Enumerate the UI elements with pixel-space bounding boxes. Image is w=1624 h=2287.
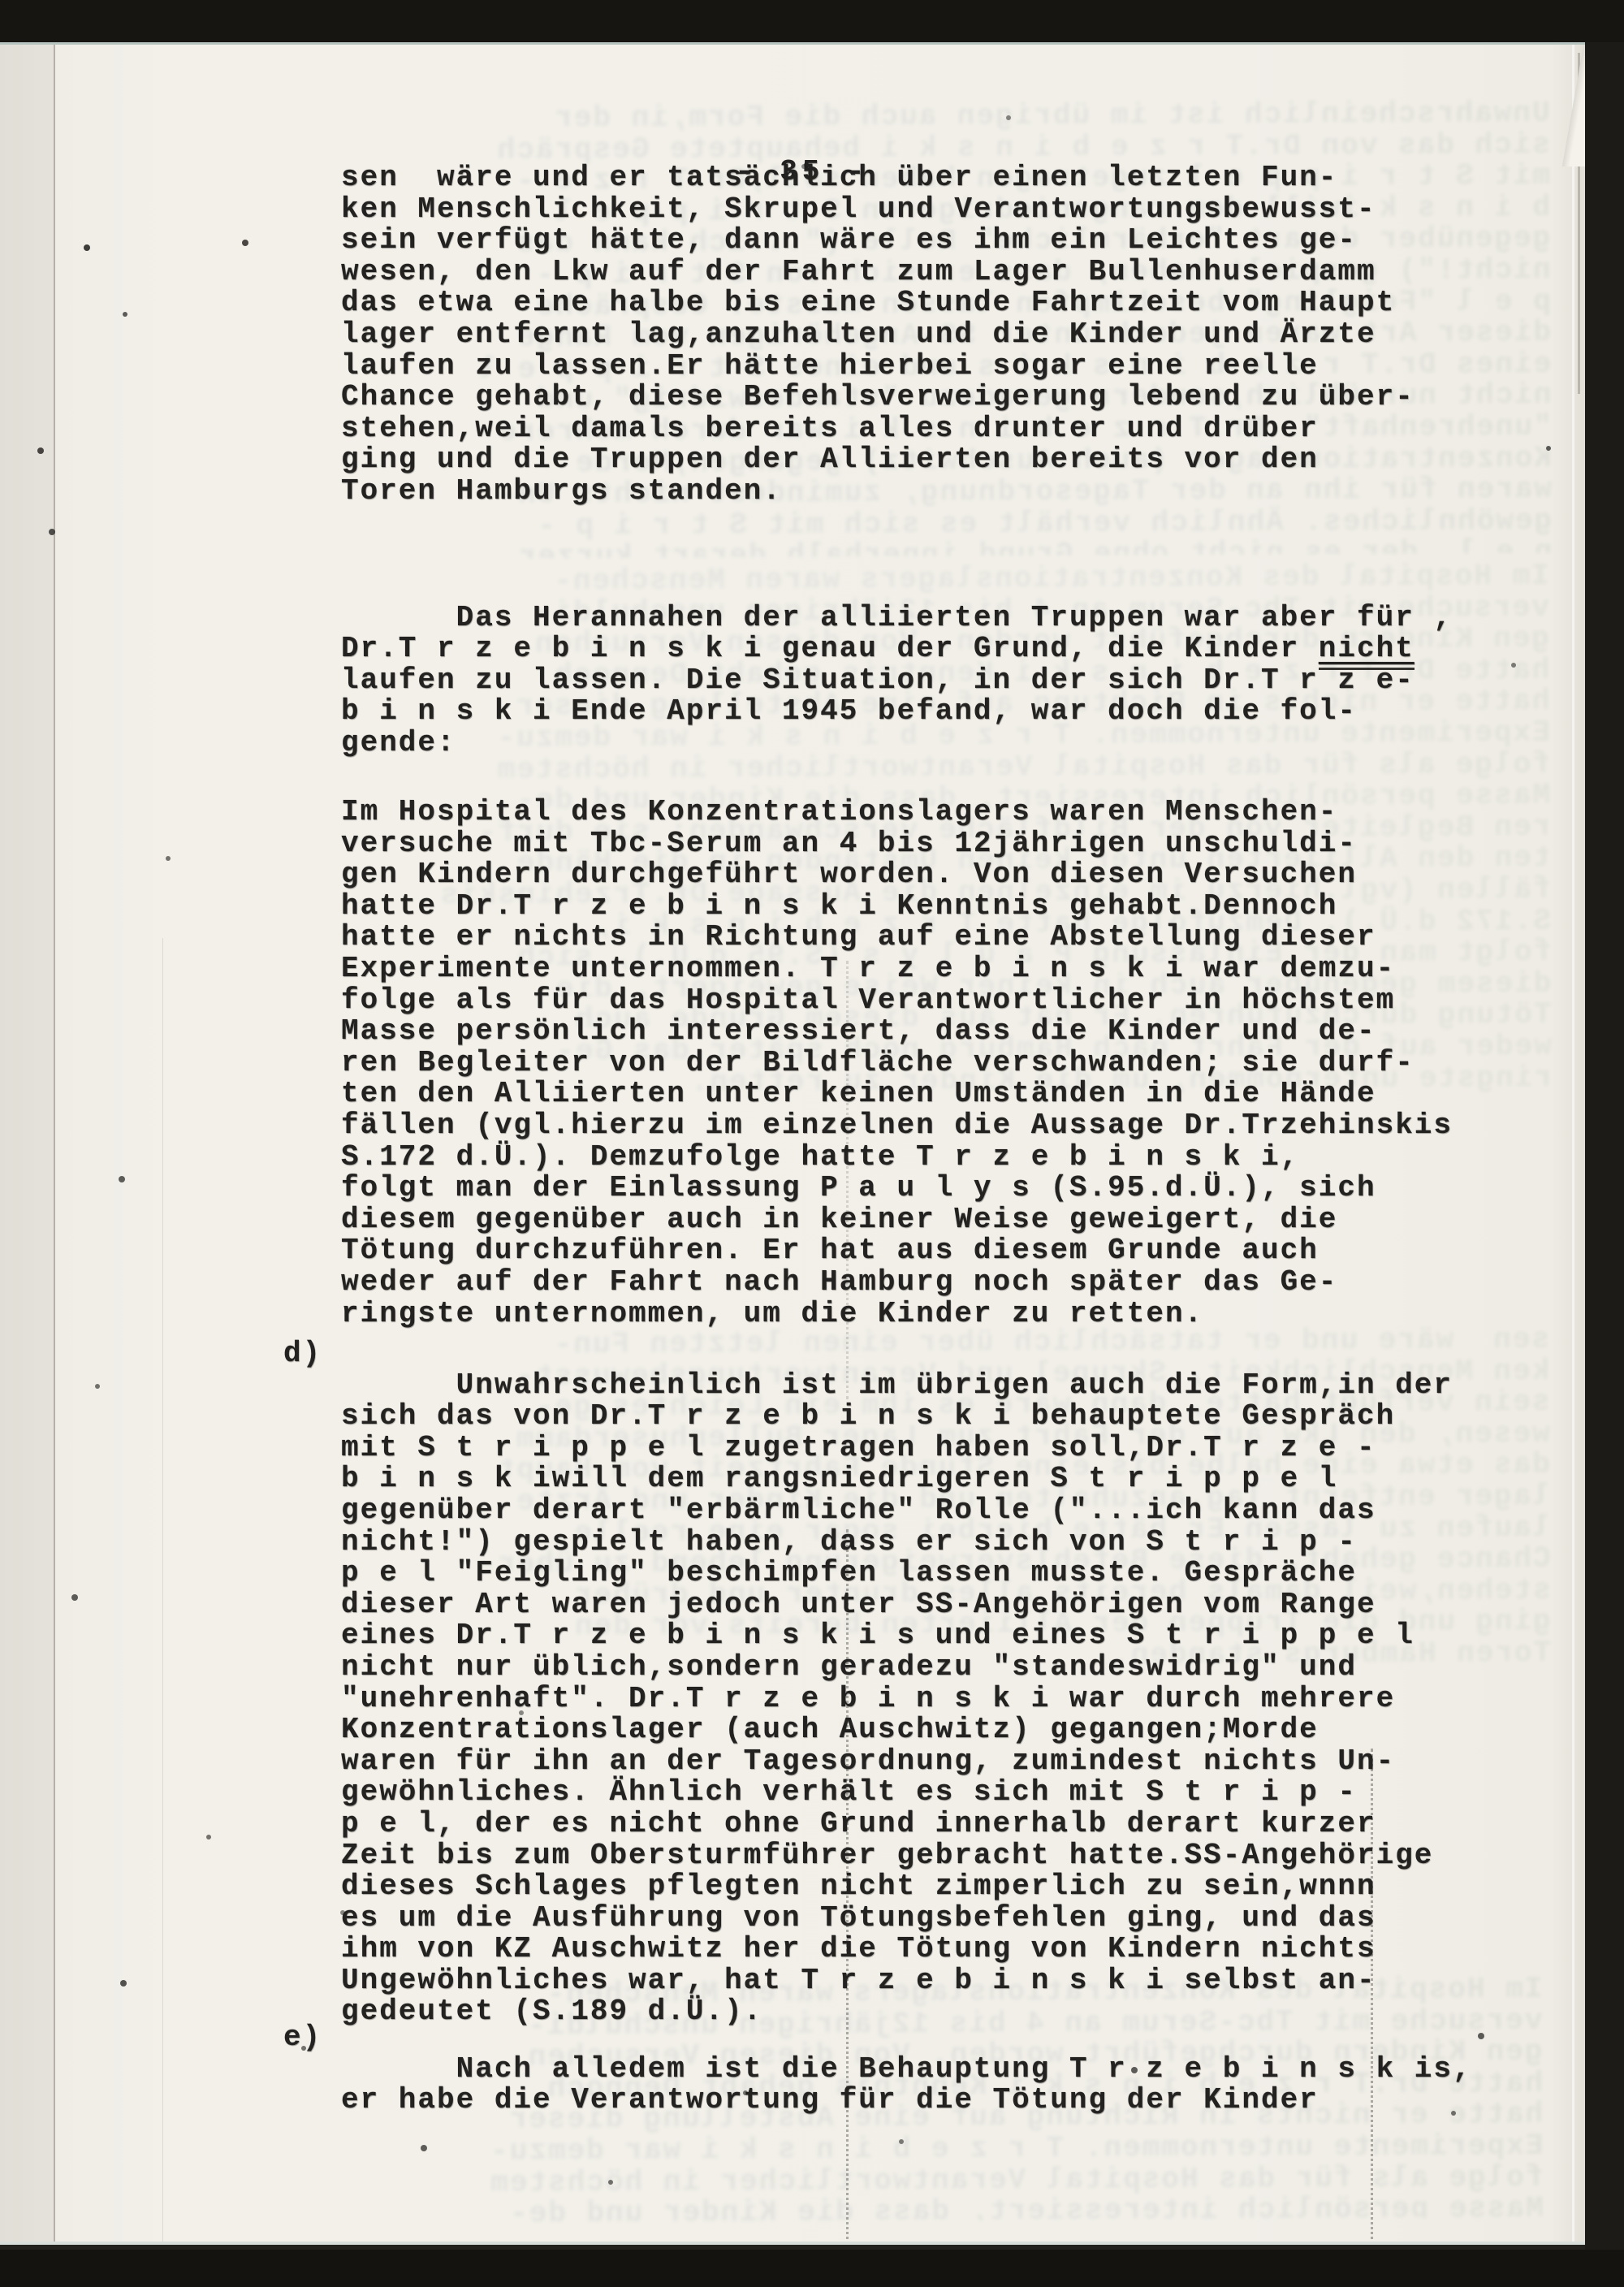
fold-dotted-line-2	[1371, 1749, 1373, 2245]
paragraph-continuation: sen wäre und er tatsächlich über einen l…	[341, 162, 1474, 508]
paragraph-herannahen-before: Das Herannahen der alliierten Truppen wa…	[341, 601, 1453, 666]
gutter-margin	[0, 45, 54, 2245]
paragraph-herannahen-after: laufen zu lassen. Die Situation, in der …	[341, 664, 1415, 759]
paragraph-hospital: Im Hospital des Konzentrationslagers war…	[341, 797, 1474, 1329]
list-item-d-text: Unwahrscheinlich ist im übrigen auch die…	[341, 1368, 1453, 2029]
list-marker-d: d)	[283, 1338, 322, 1370]
fold-dotted-line	[846, 1529, 849, 2245]
dust-specks	[0, 45, 3, 48]
list-item-e: e)Nach alledem ist die Behauptung T r z …	[341, 2022, 1474, 2147]
paragraph-herannahen: Das Herannahen der alliierten Truppen wa…	[341, 571, 1474, 790]
scanner-background-right	[1585, 42, 1624, 2250]
paper-sheet: Unwahrscheinlich ist im übrigen auch die…	[0, 42, 1585, 2245]
list-marker-e: e)	[283, 2022, 322, 2054]
scanner-background-top	[0, 0, 1624, 42]
scanned-document: Unwahrscheinlich ist im übrigen auch die…	[0, 0, 1624, 2287]
page-corner	[1555, 45, 1585, 166]
binding-crease-line	[54, 45, 55, 2245]
list-item-d: d)Unwahrscheinlich ist im übrigen auch d…	[341, 1338, 1474, 2060]
fold-dotted-line-3	[846, 961, 849, 1399]
faint-crease-line	[162, 938, 163, 2245]
list-item-e-text: Nach alledem ist die Behauptung T r z e …	[341, 2052, 1472, 2117]
stacked-sheet-edge	[1572, 45, 1574, 2245]
scanner-background-bottom	[0, 2250, 1624, 2287]
